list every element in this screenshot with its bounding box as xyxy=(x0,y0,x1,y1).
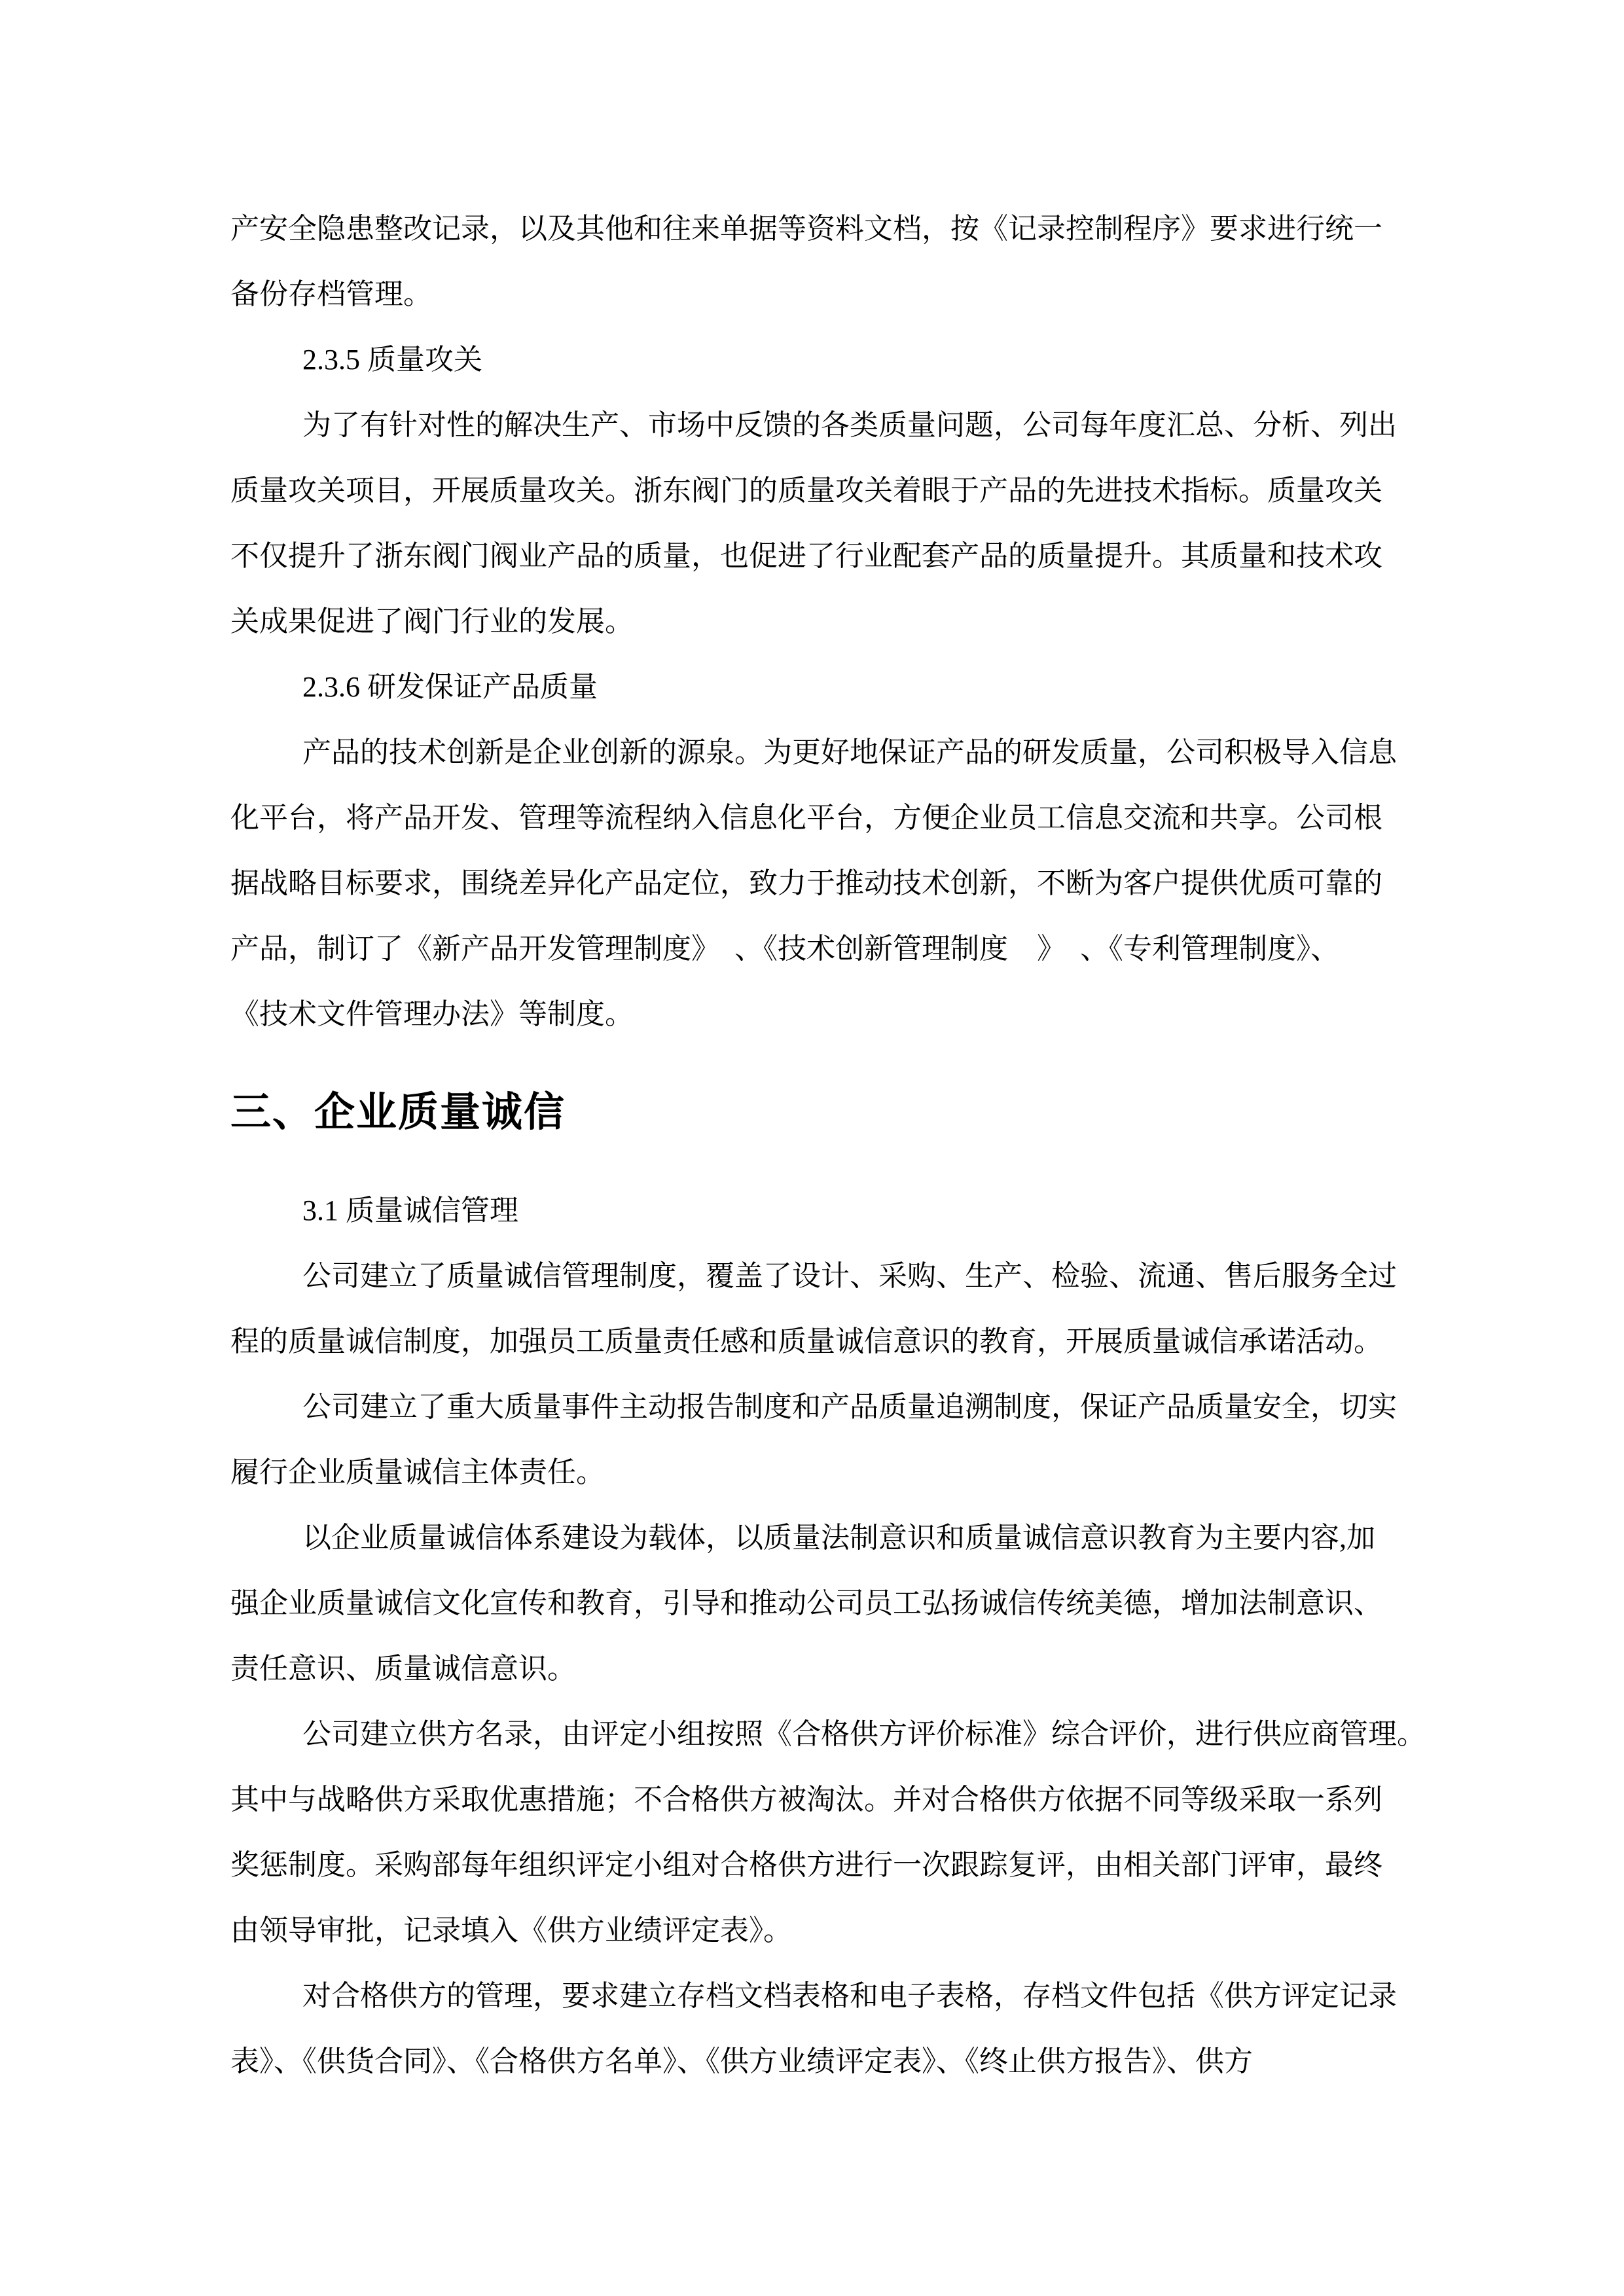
text-line: 产品，制订了《新产品开发管理制度》 、《技术创新管理制度 》 、《专利管理制度》… xyxy=(230,916,1402,982)
text-line: 责任意识、质量诚信意识。 xyxy=(230,1636,1402,1702)
text-line: 为了有针对性的解决生产、市场中反馈的各类质量问题，公司每年度汇总、分析、列出 xyxy=(230,393,1402,458)
text-line: 质量攻关项目，开展质量攻关。浙东阀门的质量攻关着眼于产品的先进技术指标。质量攻关 xyxy=(230,458,1402,524)
section-heading: 三、企业质量诚信 xyxy=(230,1047,1402,1178)
text-line: 3.1 质量诚信管理 xyxy=(230,1178,1402,1244)
text-line: 由领导审批，记录填入《供方业绩评定表》。 xyxy=(230,1898,1402,1964)
text-line: 奖惩制度。采购部每年组织评定小组对合格供方进行一次跟踪复评，由相关部门评审，最终 xyxy=(230,1833,1402,1898)
document-content: 产安全隐患整改记录，以及其他和往来单据等资料文档，按《记录控制程序》要求进行统一… xyxy=(230,196,1402,2094)
text-line: 公司建立供方名录，由评定小组按照《合格供方评价标准》综合评价，进行供应商管理。 xyxy=(230,1702,1402,1767)
text-line: 2.3.6 研发保证产品质量 xyxy=(230,655,1402,720)
text-line: 履行企业质量诚信主体责任。 xyxy=(230,1440,1402,1505)
text-line: 对合格供方的管理，要求建立存档文档表格和电子表格，存档文件包括《供方评定记录 xyxy=(230,1964,1402,2029)
text-line: 2.3.5 质量攻关 xyxy=(230,327,1402,393)
document-page: 产安全隐患整改记录，以及其他和往来单据等资料文档，按《记录控制程序》要求进行统一… xyxy=(0,0,1624,2296)
text-line: 《技术文件管理办法》等制度。 xyxy=(230,982,1402,1047)
text-line: 公司建立了质量诚信管理制度，覆盖了设计、采购、生产、检验、流通、售后服务全过 xyxy=(230,1244,1402,1309)
text-line: 化平台，将产品开发、管理等流程纳入信息化平台，方便企业员工信息交流和共享。公司根 xyxy=(230,785,1402,851)
text-line: 表》、《供货合同》、《合格供方名单》、《供方业绩评定表》、《终止供方报告》、供方 xyxy=(230,2029,1402,2094)
text-line: 程的质量诚信制度，加强员工质量责任感和质量诚信意识的教育，开展质量诚信承诺活动。 xyxy=(230,1309,1402,1374)
text-line: 其中与战略供方采取优惠措施；不合格供方被淘汰。并对合格供方依据不同等级采取一系列 xyxy=(230,1767,1402,1833)
text-line: 产品的技术创新是企业创新的源泉。为更好地保证产品的研发质量，公司积极导入信息 xyxy=(230,720,1402,785)
text-line: 不仅提升了浙东阀门阀业产品的质量，也促进了行业配套产品的质量提升。其质量和技术攻 xyxy=(230,524,1402,589)
text-line: 强企业质量诚信文化宣传和教育，引导和推动公司员工弘扬诚信传统美德，增加法制意识、 xyxy=(230,1571,1402,1636)
text-line: 产安全隐患整改记录，以及其他和往来单据等资料文档，按《记录控制程序》要求进行统一 xyxy=(230,196,1402,262)
text-line: 关成果促进了阀门行业的发展。 xyxy=(230,589,1402,655)
text-line: 备份存档管理。 xyxy=(230,262,1402,327)
text-line: 以企业质量诚信体系建设为载体，以质量法制意识和质量诚信意识教育为主要内容,加 xyxy=(230,1505,1402,1571)
text-line: 据战略目标要求，围绕差异化产品定位，致力于推动技术创新，不断为客户提供优质可靠的 xyxy=(230,851,1402,916)
text-line: 公司建立了重大质量事件主动报告制度和产品质量追溯制度，保证产品质量安全，切实 xyxy=(230,1374,1402,1440)
